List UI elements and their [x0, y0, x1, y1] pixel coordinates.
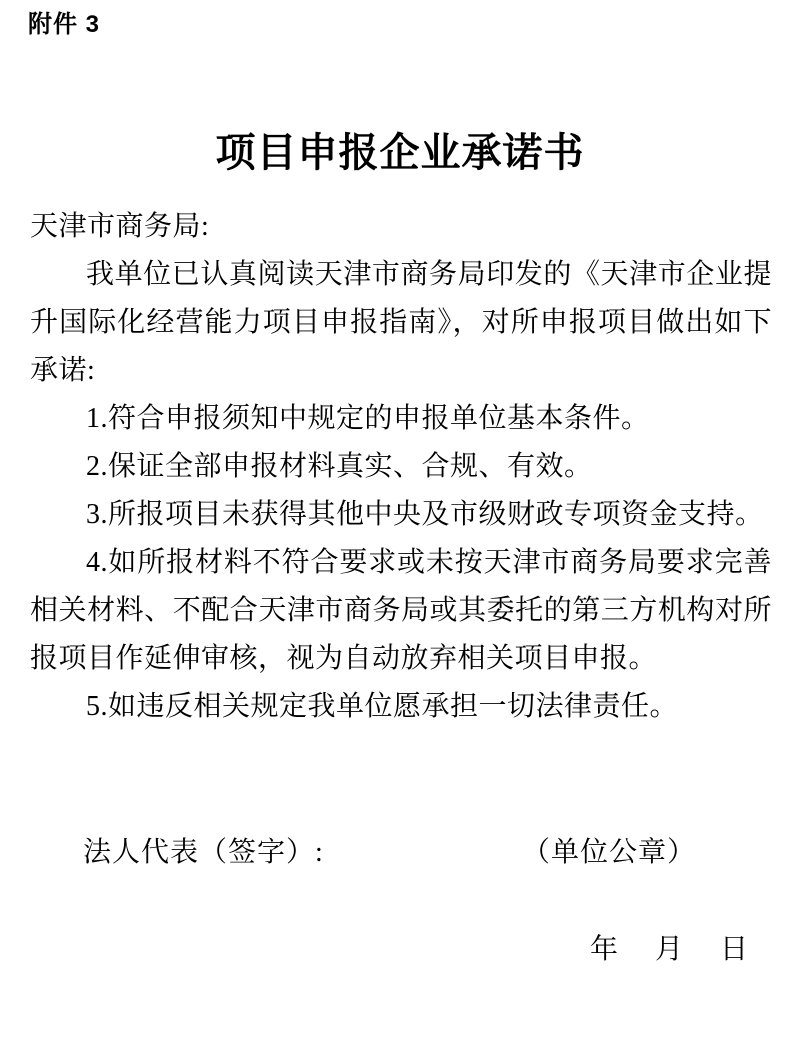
commitment-item-1: 1.符合申报须知中规定的申报单位基本条件。	[30, 395, 772, 443]
attachment-label: 附件 3	[28, 4, 100, 39]
date-month-label: 月	[655, 927, 683, 967]
document-title: 项目申报企业承诺书	[0, 121, 800, 178]
date-year-label: 年	[590, 927, 618, 967]
commitment-item-2: 2.保证全部申报材料真实、合规、有效。	[30, 443, 772, 491]
commitment-item-5: 5.如违反相关规定我单位愿承担一切法律责任。	[30, 683, 772, 731]
commitment-item-4: 4.如所报材料不符合要求或未按天津市商务局要求完善相关材料、不配合天津市商务局或…	[30, 539, 772, 683]
intro-paragraph: 我单位已认真阅读天津市商务局印发的《天津市企业提升国际化经营能力项目申报指南》，…	[30, 251, 772, 395]
date-line: 年 月 日	[590, 927, 748, 967]
commitment-item-3: 3.所报项目未获得其他中央及市级财政专项资金支持。	[30, 491, 772, 539]
date-day-label: 日	[720, 927, 748, 967]
salutation: 天津市商务局:	[30, 203, 772, 251]
document-page: 附件 3 项目申报企业承诺书 天津市商务局: 我单位已认真阅读天津市商务局印发的…	[0, 0, 800, 1042]
company-seal-label: （单位公章）	[522, 830, 696, 870]
legal-representative-signature-label: 法人代表（签字）:	[83, 830, 324, 870]
document-body: 天津市商务局: 我单位已认真阅读天津市商务局印发的《天津市企业提升国际化经营能力…	[30, 203, 772, 731]
